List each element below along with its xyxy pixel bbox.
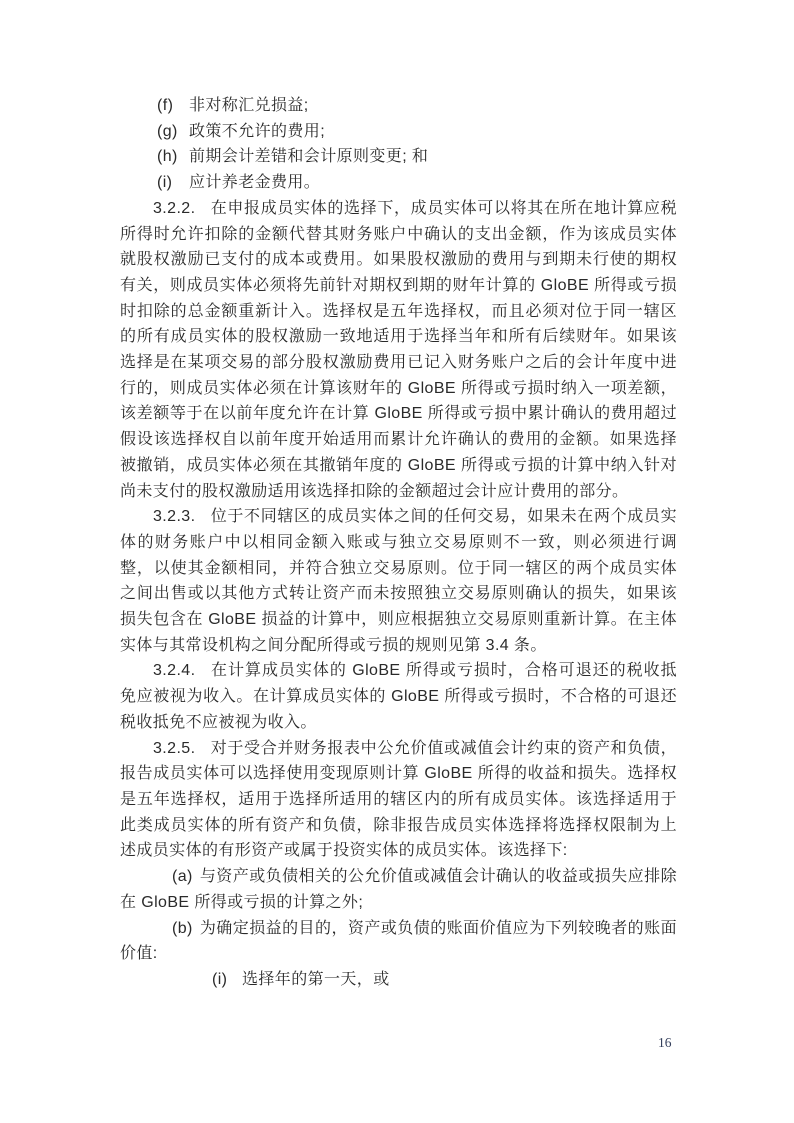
list-item-text: 前期会计差错和会计原则变更; 和: [189, 144, 677, 170]
sub-item-text: 与资产或负债相关的公允价值或减值会计确认的收益或损失应排除在 GloBE 所得或…: [120, 868, 677, 911]
list-item: (h) 前期会计差错和会计原则变更; 和: [157, 144, 677, 170]
sub-item-label: (a): [172, 868, 193, 885]
paragraph-number: 3.2.2.: [153, 200, 195, 217]
list-item-text: 非对称汇兑损益;: [189, 93, 677, 119]
paragraph-text: 在计算成员实体的 GloBE 所得或亏损时，合格可退还的税收抵免应被视为收入。在…: [120, 662, 677, 730]
paragraph-number: 3.2.4.: [153, 662, 195, 679]
roman-item-label: (i): [212, 967, 242, 993]
document-page: (f) 非对称汇兑损益; (g) 政策不允许的费用; (h) 前期会计差错和会计…: [0, 0, 794, 1123]
list-item-label: (i): [157, 170, 189, 196]
sub-item-a: (a)与资产或负债相关的公允价值或减值会计确认的收益或损失应排除在 GloBE …: [120, 864, 677, 915]
list-item-text: 政策不允许的费用;: [189, 119, 677, 145]
list-item: (f) 非对称汇兑损益;: [157, 93, 677, 119]
paragraph-text: 对于受合并财务报表中公允价值或减值会计约束的资产和负债，报告成员实体可以选择使用…: [120, 740, 677, 860]
sub-item-label: (b): [172, 920, 193, 937]
paragraph-number: 3.2.5.: [153, 740, 195, 757]
sub-item-b: (b)为确定损益的目的，资产或负债的账面价值应为下列较晚者的账面价值:: [120, 916, 677, 967]
list-item: (i) 应计养老金费用。: [157, 170, 677, 196]
paragraph-text: 在申报成员实体的选择下，成员实体可以将其在所在地计算应税所得时允许扣除的金额代替…: [120, 200, 677, 500]
paragraph-3-2-5: 3.2.5.对于受合并财务报表中公允价值或减值会计约束的资产和负债，报告成员实体…: [120, 736, 677, 865]
roman-item-text: 选择年的第一天，或: [242, 967, 390, 993]
alpha-list: (f) 非对称汇兑损益; (g) 政策不允许的费用; (h) 前期会计差错和会计…: [120, 93, 677, 196]
page-number: 16: [658, 1035, 672, 1051]
roman-item-i: (i) 选择年的第一天，或: [212, 967, 677, 993]
paragraph-3-2-3: 3.2.3.位于不同辖区的成员实体之间的任何交易，如果未在两个成员实体的财务账户…: [120, 504, 677, 658]
sub-item-text: 为确定损益的目的，资产或负债的账面价值应为下列较晚者的账面价值:: [120, 920, 677, 963]
list-item-label: (h): [157, 144, 189, 170]
document-body: (f) 非对称汇兑损益; (g) 政策不允许的费用; (h) 前期会计差错和会计…: [120, 93, 677, 993]
list-item-label: (f): [157, 93, 189, 119]
paragraph-text: 位于不同辖区的成员实体之间的任何交易，如果未在两个成员实体的财务账户中以相同金额…: [120, 508, 677, 654]
list-item: (g) 政策不允许的费用;: [157, 119, 677, 145]
list-item-label: (g): [157, 119, 189, 145]
paragraph-3-2-4: 3.2.4.在计算成员实体的 GloBE 所得或亏损时，合格可退还的税收抵免应被…: [120, 658, 677, 735]
paragraph-3-2-2: 3.2.2.在申报成员实体的选择下，成员实体可以将其在所在地计算应税所得时允许扣…: [120, 196, 677, 504]
list-item-text: 应计养老金费用。: [189, 170, 677, 196]
paragraph-number: 3.2.3.: [153, 508, 195, 525]
